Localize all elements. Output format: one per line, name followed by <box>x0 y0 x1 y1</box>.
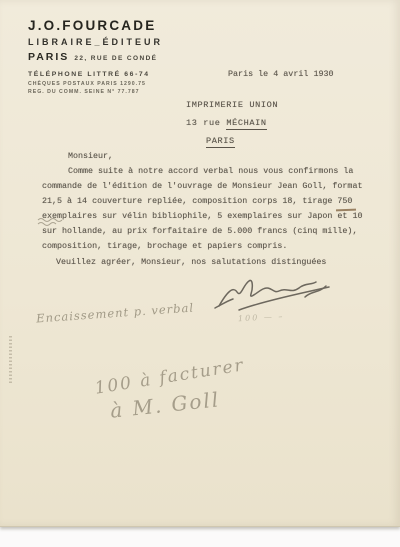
publisher-postal-account: CHÈQUES POSTAUX PARIS 1290.75 <box>28 81 163 87</box>
body-line: composition, tirage, brochage et papiers… <box>42 239 372 254</box>
body-line: 21,5 à 14 couverture repliée, compositio… <box>42 194 372 209</box>
letterhead: J.O.FOURCADE LIBRAIRE_ÉDITEUR PARIS 22, … <box>28 18 163 95</box>
body-line: Comme suite à notre accord verbal nous v… <box>68 164 372 179</box>
publisher-street: 22, RUE DE CONDÉ <box>74 55 157 62</box>
salutation: Monsieur, <box>68 149 372 164</box>
letter-body: Monsieur, Comme suite à notre accord ver… <box>42 149 372 270</box>
pencil-note-under-signature: 100 — – <box>238 312 285 323</box>
body-line: sur hollande, au prix forfaitaire de 5.0… <box>42 224 372 239</box>
tirage-750-pencil-underlined: 750 <box>337 194 352 209</box>
recipient-street-name: MÉCHAIN <box>226 118 266 130</box>
publisher-phone: TÉLÉPHONE LITTRÉ 66-74 <box>28 71 163 78</box>
recipient-block: IMPRIMERIE UNION 13 rue MÉCHAIN PARIS <box>186 100 278 154</box>
publisher-registry: REG. DU COMM. SEINE N° 77.787 <box>28 89 163 95</box>
letter-paper: J.O.FOURCADE LIBRAIRE_ÉDITEUR PARIS 22, … <box>0 0 400 527</box>
publisher-address-line: PARIS 22, RUE DE CONDÉ <box>28 51 163 63</box>
scanned-letter: J.O.FOURCADE LIBRAIRE_ÉDITEUR PARIS 22, … <box>0 0 400 547</box>
publisher-name: J.O.FOURCADE <box>28 18 163 33</box>
recipient-street: 13 rue MÉCHAIN <box>186 118 278 128</box>
margin-squiggle-mark <box>37 217 63 226</box>
body-line: exemplaires sur vélin bibliophile, 5 exe… <box>42 209 372 224</box>
closing-line: Veuillez agréer, Monsieur, nos salutatio… <box>56 255 372 270</box>
recipient-city: PARIS <box>206 136 278 146</box>
date-line: Paris le 4 avril 1930 <box>228 69 334 79</box>
publisher-city: PARIS <box>28 51 69 63</box>
recipient-name: IMPRIMERIE UNION <box>186 100 278 110</box>
printer-mark <box>9 336 12 384</box>
body-line: commande de l'édition de l'ouvrage de Mo… <box>42 179 372 194</box>
pencil-note-left: Encaissement p. verbal <box>36 301 195 326</box>
publisher-subtitle: LIBRAIRE_ÉDITEUR <box>28 37 163 47</box>
